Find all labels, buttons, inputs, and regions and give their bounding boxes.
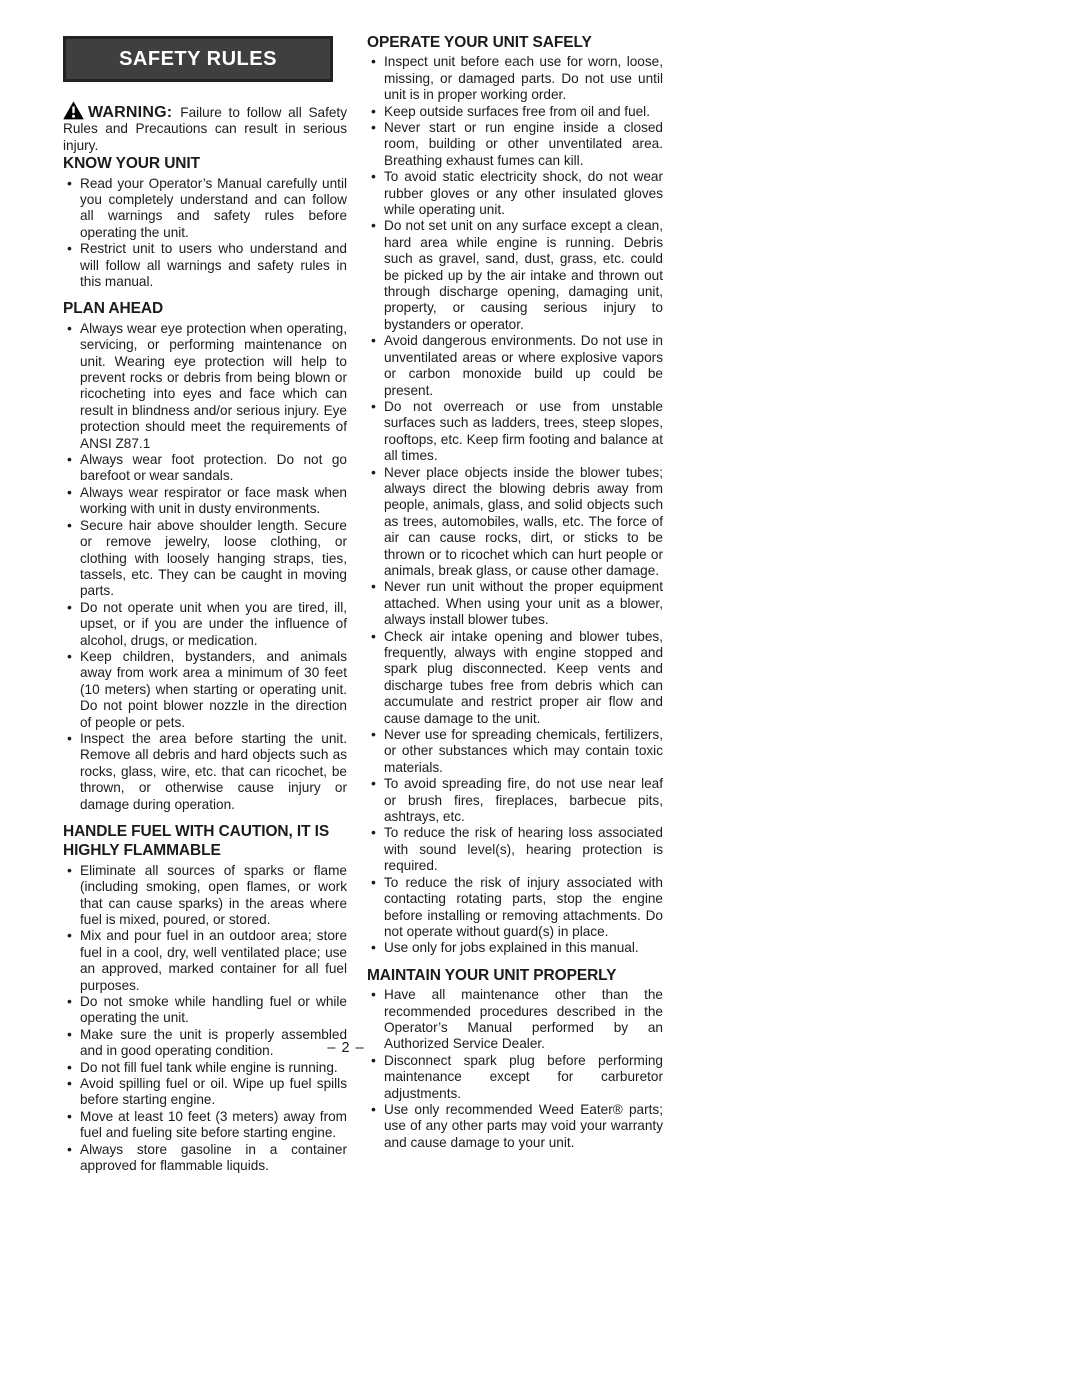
bullet-item: Never start or run engine inside a close…	[367, 120, 663, 169]
bullet-item: Read your Operator’s Manual carefully un…	[63, 176, 347, 242]
bullet-item: Disconnect spark plug before performing …	[367, 1053, 663, 1102]
right-section-heading-0: OPERATE YOUR UNIT SAFELY	[367, 33, 663, 52]
right-column: OPERATE YOUR UNIT SAFELYInspect unit bef…	[367, 33, 663, 1151]
bullet-item: To reduce the risk of injury associated …	[367, 875, 663, 941]
bullet-item: Avoid dangerous environments. Do not use…	[367, 333, 663, 399]
right-sections: OPERATE YOUR UNIT SAFELYInspect unit bef…	[367, 33, 663, 1151]
right-section-list-0: Inspect unit before each use for worn, l…	[367, 54, 663, 956]
bullet-item: Inspect unit before each use for worn, l…	[367, 54, 663, 103]
bullet-item: Inspect the area before starting the uni…	[63, 731, 347, 813]
bullet-item: Always wear foot protection. Do not go b…	[63, 452, 347, 485]
page-number: – 2 –	[0, 1040, 692, 1056]
bullet-item: Never use for spreading chemicals, ferti…	[367, 727, 663, 776]
bullet-item: Secure hair above shoulder length. Secur…	[63, 518, 347, 600]
bullet-item: Never run unit without the proper equipm…	[367, 579, 663, 628]
bullet-item: Check air intake opening and blower tube…	[367, 629, 663, 727]
bullet-item: Do not overreach or use from unstable su…	[367, 399, 663, 465]
left-section-list-0: Read your Operator’s Manual carefully un…	[63, 176, 347, 291]
left-sections: KNOW YOUR UNITRead your Operator’s Manua…	[63, 154, 347, 1174]
bullet-item: Do not fill fuel tank while engine is ru…	[63, 1060, 347, 1076]
left-section-heading-2: HANDLE FUEL WITH CAUTION, IT IS HIGHLY F…	[63, 822, 347, 861]
left-section-list-2: Eliminate all sources of sparks or flame…	[63, 863, 347, 1175]
bullet-item: Avoid spilling fuel or oil. Wipe up fuel…	[63, 1076, 347, 1109]
right-section-heading-1: MAINTAIN YOUR UNIT PROPERLY	[367, 966, 663, 985]
bullet-item: Use only recommended Weed Eater® parts; …	[367, 1102, 663, 1151]
bullet-item: Move at least 10 feet (3 meters) away fr…	[63, 1109, 347, 1142]
bullet-item: Mix and pour fuel in an outdoor area; st…	[63, 928, 347, 994]
bullet-item: To reduce the risk of hearing loss assoc…	[367, 825, 663, 874]
right-section-list-1: Have all maintenance other than the reco…	[367, 987, 663, 1151]
bullet-item: Use only for jobs explained in this manu…	[367, 940, 663, 956]
page-title: SAFETY RULES	[119, 48, 277, 71]
bullet-item: Always wear eye protection when operatin…	[63, 321, 347, 452]
left-column: SAFETY RULES WARNING:Failure to follow a…	[63, 36, 347, 1174]
bullet-item: Never place objects inside the blower tu…	[367, 465, 663, 580]
left-section-heading-0: KNOW YOUR UNIT	[63, 154, 347, 173]
bullet-item: To avoid spreading fire, do not use near…	[367, 776, 663, 825]
left-section-heading-1: PLAN AHEAD	[63, 299, 347, 318]
warning-triangle-icon	[63, 101, 84, 120]
bullet-item: Do not smoke while handling fuel or whil…	[63, 994, 347, 1027]
bullet-item: Keep children, bystanders, and animals a…	[63, 649, 347, 731]
warning-paragraph: WARNING:Failure to follow all Safety Rul…	[63, 101, 347, 154]
document-page: SAFETY RULES WARNING:Failure to follow a…	[0, 0, 1080, 1397]
left-section-list-1: Always wear eye protection when operatin…	[63, 321, 347, 813]
bullet-item: To avoid static electricity shock, do no…	[367, 169, 663, 218]
bullet-item: Do not operate unit when you are tired, …	[63, 600, 347, 649]
bullet-item: Always wear respirator or face mask when…	[63, 485, 347, 518]
safety-rules-banner: SAFETY RULES	[63, 36, 333, 82]
bullet-item: Always store gasoline in a container app…	[63, 1142, 347, 1175]
warning-label: WARNING:	[88, 104, 180, 121]
bullet-item: Restrict unit to users who understand an…	[63, 241, 347, 290]
bullet-item: Do not set unit on any surface except a …	[367, 218, 663, 333]
bullet-item: Eliminate all sources of sparks or flame…	[63, 863, 347, 929]
bullet-item: Keep outside surfaces free from oil and …	[367, 104, 663, 120]
